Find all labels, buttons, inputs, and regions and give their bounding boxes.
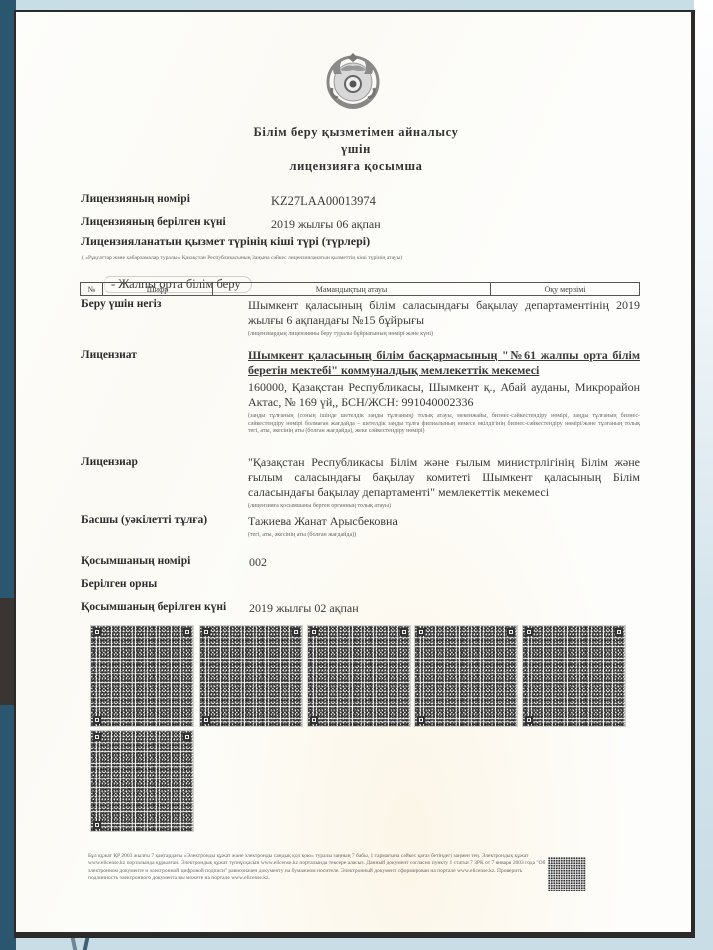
- licensee-label: Лицензиат: [81, 349, 137, 361]
- licensor-block: "Қазақстан Республикасы Білім және ғылым…: [248, 455, 640, 511]
- table-header-specialty: Мамандықтың атауы: [213, 283, 491, 295]
- basis-note: (лицензиардың лицензияны беру туралы бұй…: [248, 331, 640, 339]
- license-date-value: 2019 жылғы 06 ақпан: [271, 217, 381, 232]
- subtype-label: Лицензияланатын қызмет түрінің кіші түрі…: [81, 234, 370, 249]
- document-title-line-3: лицензияға қосымша: [166, 159, 546, 174]
- licensee-address: 160000, Қазақстан Республикасы, Шымкент …: [248, 380, 640, 410]
- qr-code-3: [307, 625, 411, 727]
- background-right-strip: [694, 0, 713, 938]
- licensee-name: Шымкент қаласының білім басқармасының "№…: [248, 348, 640, 377]
- qr-code-6: [90, 730, 194, 832]
- licensor-value: "Қазақстан Республикасы Білім және ғылым…: [248, 455, 640, 499]
- table-header-duration: Оқу мерзімі: [491, 283, 639, 295]
- table-header-number: №: [81, 283, 103, 295]
- background-bottom-strip: [16, 938, 713, 950]
- appendix-number-value: 002: [249, 555, 267, 570]
- qr-code-2: [199, 625, 303, 727]
- head-note: (тегі, аты, әкесінің аты (болған жағдайд…: [248, 532, 640, 540]
- table-header-code: Шифр: [103, 283, 213, 295]
- head-label: Басшы (уәкілетті тұлға): [81, 514, 207, 526]
- basis-block: Шымкент қаласының білім саласындағы бақы…: [248, 298, 640, 339]
- kazakhstan-state-emblem-icon: [324, 52, 382, 114]
- basis-value: Шымкент қаласының білім саласындағы бақы…: [248, 298, 640, 327]
- qr-code-4: [414, 625, 518, 727]
- document-title-line-1: Білім беру қызметімен айналысу: [166, 125, 546, 140]
- appendix-date-label: Қосымшаның берілген күні: [81, 601, 226, 613]
- head-value: Тажиева Жанат Арысбековна: [248, 514, 398, 528]
- basis-label: Беру үшін негіз: [81, 298, 162, 310]
- head-block: Тажиева Жанат Арысбековна (тегі, аты, әк…: [248, 514, 640, 540]
- qr-code-5: [522, 625, 626, 727]
- licensor-note: (лицензияға қосымшаны берген органның то…: [248, 503, 640, 511]
- footer-legal-text: Бұл құжат ҚР 2003 жылғы 7 қаңтардағы «Эл…: [88, 853, 548, 883]
- licensee-note: (заңды тұлғаның (соның ішінде шетелдік з…: [248, 413, 640, 436]
- appendix-number-label: Қосымшаның номірі: [81, 555, 190, 567]
- subtype-note: ( «Рұқсаттар және хабарламалар туралы» Қ…: [82, 255, 642, 263]
- document-page: Білім беру қызметімен айналысу үшін лице…: [16, 12, 691, 932]
- licensee-block: Шымкент қаласының білім басқармасының "№…: [248, 348, 640, 436]
- place-of-issue-label: Берілген орны: [81, 578, 157, 590]
- document-title-line-2: үшін: [166, 142, 546, 157]
- licensor-label: Лицензиар: [81, 456, 138, 468]
- license-number-label: Лицензияның номірі: [81, 193, 190, 205]
- specialty-table-header: № Шифр Мамандықтың атауы Оқу мерзімі: [80, 282, 640, 296]
- appendix-date-value: 2019 жылғы 02 ақпан: [249, 601, 359, 616]
- qr-code-1: [90, 625, 194, 727]
- footer-qr-code: [548, 857, 586, 891]
- license-number-value: KZ27LAA00013974: [271, 194, 376, 209]
- license-date-label: Лицензияның берілген күні: [81, 216, 226, 228]
